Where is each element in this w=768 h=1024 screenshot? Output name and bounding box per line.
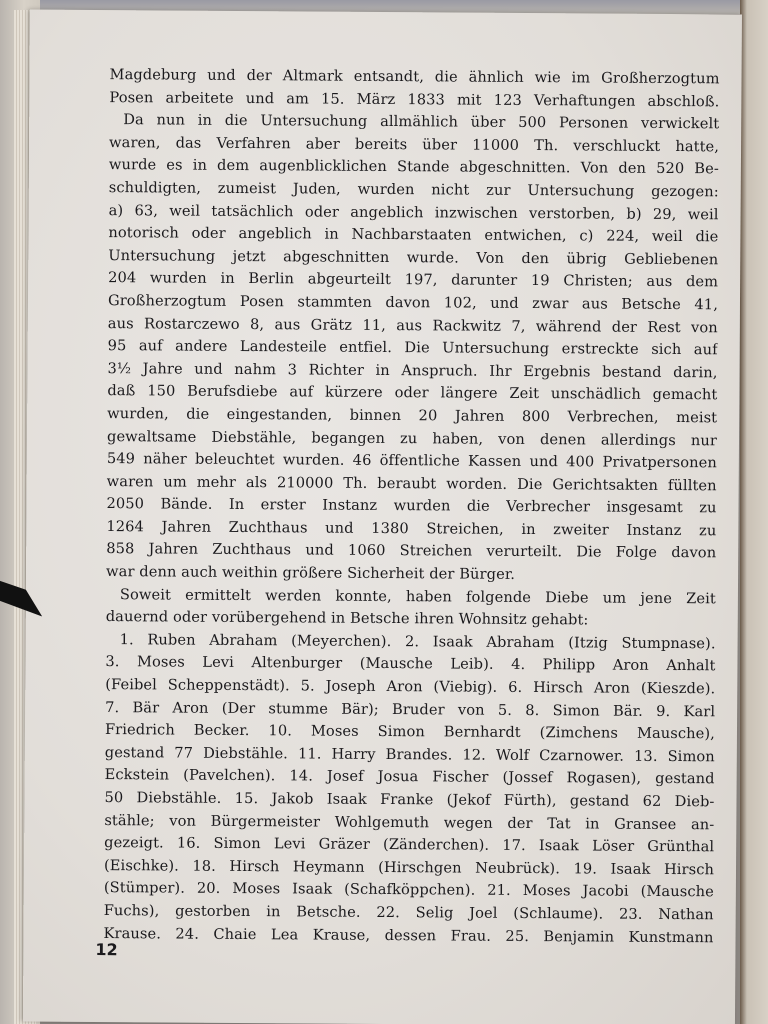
facing-page-edge — [740, 0, 768, 1024]
book-page: Magdeburg und der Altmark entsandt, die … — [23, 10, 742, 1024]
body-text: Magdeburg und der Altmark entsandt, die … — [103, 64, 719, 949]
text-line: Krause. 24. Chaie Lea Krause, dessen Fra… — [103, 923, 713, 950]
page-number: 12 — [95, 940, 117, 959]
